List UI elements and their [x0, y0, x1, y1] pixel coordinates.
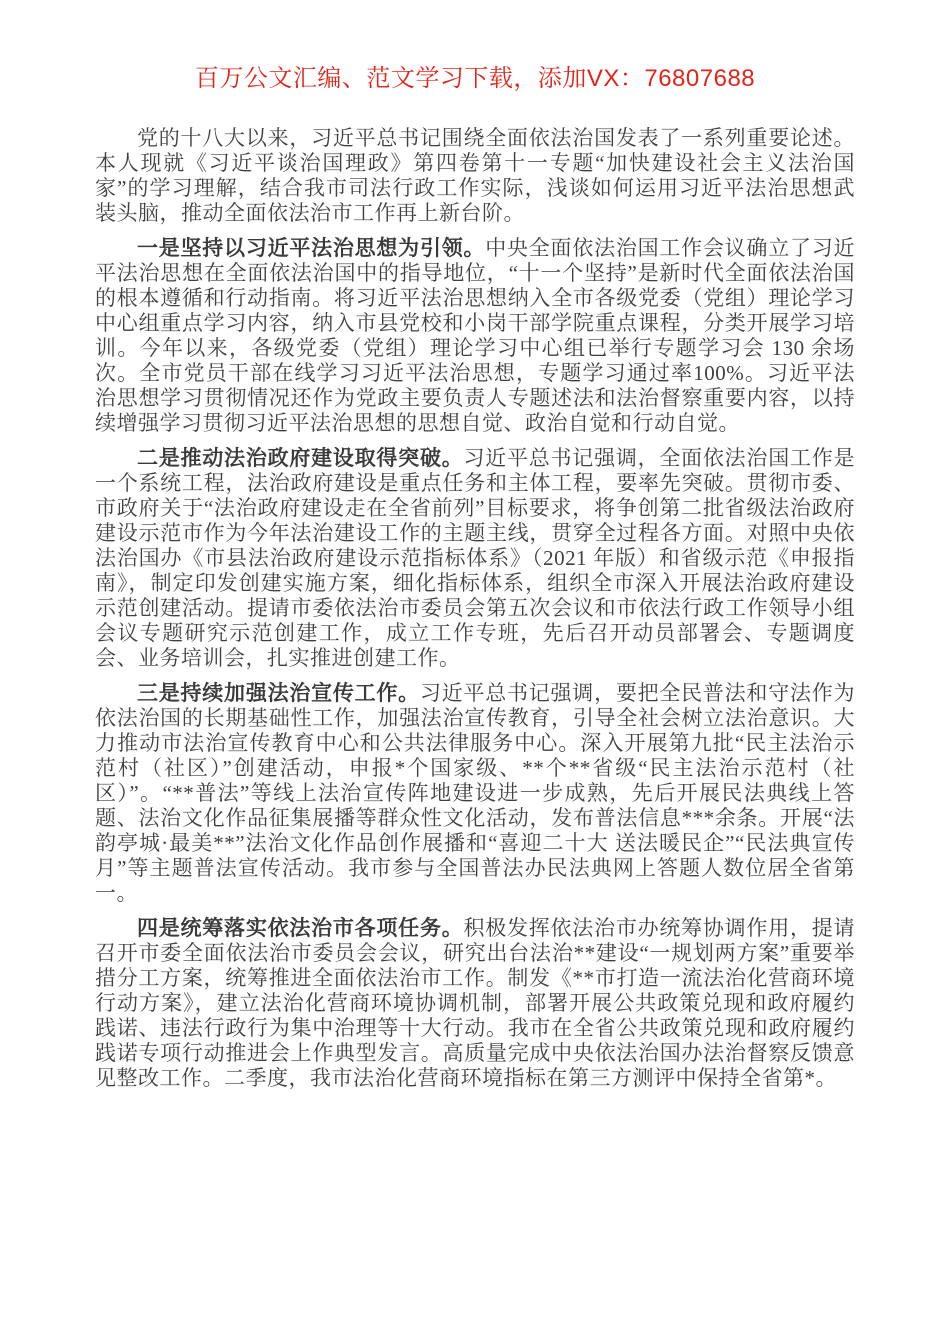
body-paragraph-point-4: 四是统筹落实依法治市各项任务。积极发挥依法治市办统筹协调作用，提请召开市委全面依… — [95, 916, 855, 1091]
promo-header-text: 百万公文汇编、范文学习下载，添加VX：76807688 — [95, 0, 855, 94]
paragraph-lead: 四是统筹落实依法治市各项任务。 — [137, 916, 463, 940]
document-body: 党的十八大以来，习近平总书记围绕全面依法治国发表了一系列重要论述。本人现就《习近… — [95, 126, 855, 1091]
paragraph-lead: 一是坚持以习近平法治思想为引领。 — [137, 236, 485, 260]
paragraph-text: 党的十八大以来，习近平总书记围绕全面依法治国发表了一系列重要论述。本人现就《习近… — [95, 126, 855, 225]
paragraph-lead: 二是推动法治政府建设取得突破。 — [137, 446, 463, 470]
paragraph-text: 习近平总书记强调，要把全民普法和守法作为依法治国的长期基础性工作，加强法治宣传教… — [95, 681, 855, 905]
paragraph-text: 习近平总书记强调，全面依法治国工作是一个系统工程，法治政府建设是重点任务和主体工… — [95, 446, 855, 670]
document-page: 百万公文汇编、范文学习下载，添加VX：76807688 党的十八大以来，习近平总… — [0, 0, 950, 1344]
body-paragraph-point-1: 一是坚持以习近平法治思想为引领。中央全面依法治国工作会议确立了习近平法治思想在全… — [95, 236, 855, 436]
paragraph-lead: 三是持续加强法治宣传工作。 — [137, 681, 420, 705]
paragraph-text: 积极发挥依法治市办统筹协调作用，提请召开市委全面依法治市委员会会议，研究出台法治… — [95, 916, 855, 1090]
body-paragraph-point-3: 三是持续加强法治宣传工作。习近平总书记强调，要把全民普法和守法作为依法治国的长期… — [95, 681, 855, 906]
body-paragraph-intro: 党的十八大以来，习近平总书记围绕全面依法治国发表了一系列重要论述。本人现就《习近… — [95, 126, 855, 226]
paragraph-text: 中央全面依法治国工作会议确立了习近平法治思想在全面依法治国中的指导地位，“十一个… — [95, 236, 855, 435]
body-paragraph-point-2: 二是推动法治政府建设取得突破。习近平总书记强调，全面依法治国工作是一个系统工程，… — [95, 446, 855, 671]
